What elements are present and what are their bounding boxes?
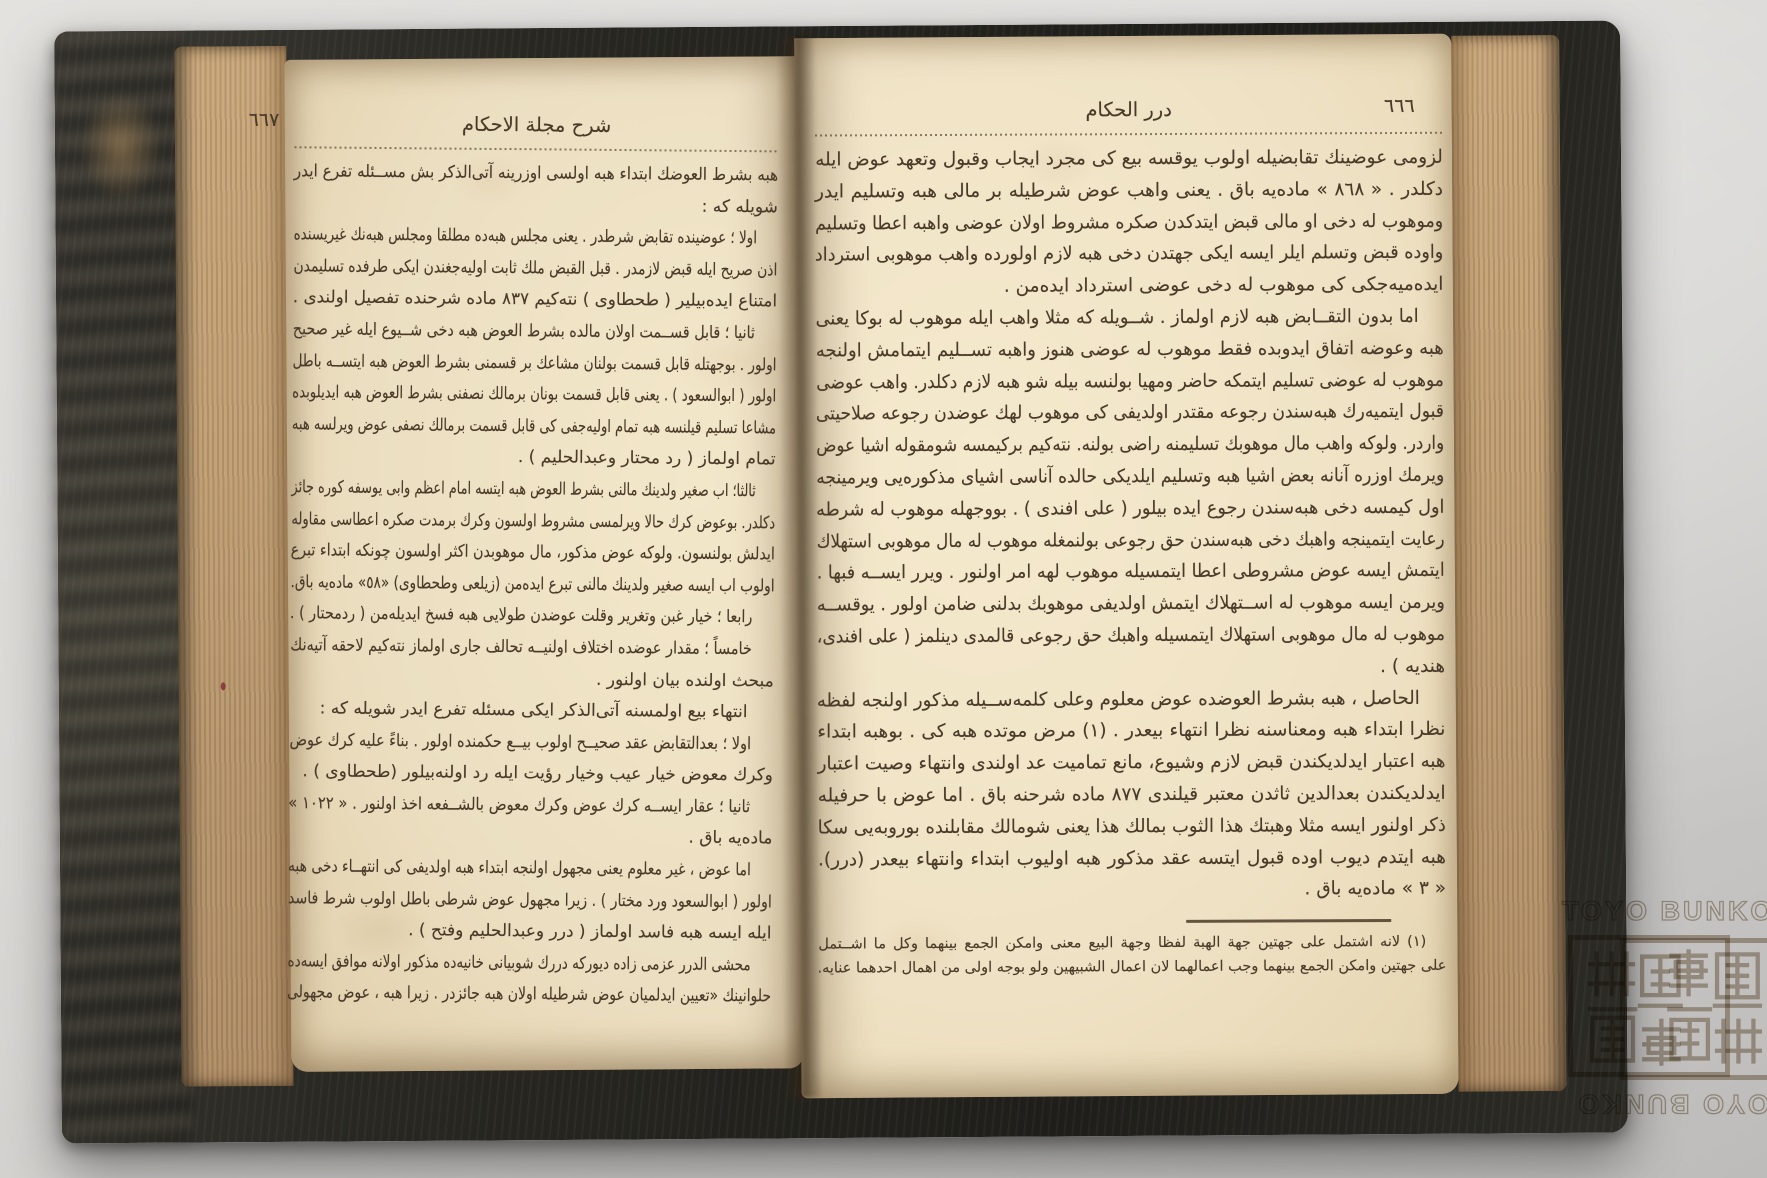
footnote-line: (١) لانه اشتمل على جهتين جهة الهبة لفظا …	[818, 931, 1446, 957]
left-page-body: هبه بشرط العوضك ابتداء هبه اولسى اوزرينه…	[287, 156, 778, 1013]
text-line: اولا ؛ بعدالتقابض عقد صحيــح اولوب بيــع…	[361, 725, 773, 760]
header-rule	[815, 132, 1443, 137]
text-line: هبه بشرط العوضك ابتداء هبه اولسى اوزرينه…	[343, 157, 779, 192]
text-line: واردر. ولوكه واهب مال موهوبك تسليمنه راض…	[877, 428, 1445, 462]
open-book: ٦٦٧ شرح مجلة الاحكام هبه بشرط العوضك ابت…	[54, 21, 1628, 1144]
text-line: ذكر اولنور ايسه مثلا وهبتك هذا الثوب بما…	[838, 810, 1446, 844]
text-line: ايتمش ايسه عوض مشروطى اعطا ايتمسيله موهو…	[847, 555, 1445, 589]
text-line: الحاصل ، هبه بشرط العوضده عوض معلوم وعلى…	[830, 682, 1445, 716]
right-running-title: درر الحكام	[815, 94, 1443, 127]
cover-corner-wear	[81, 91, 162, 202]
text-line: اما عوض ، غير معلوم يعنى مجهول اولنجه اب…	[377, 852, 772, 887]
text-line: ويرمك اوزره آنانه بعض اشيا هبه وتسليم اي…	[863, 460, 1445, 494]
text-line: اذن صريح ايله قبض لازمدر . قبل القبض ملك…	[384, 252, 778, 287]
text-line: دكلدر. بوعوض كرك حالا ويرلمسى مشروط اولس…	[403, 505, 775, 540]
text-line: هبه ايتدم ديوب اوده قبول ايتسه عقد مذكور…	[818, 841, 1446, 876]
left-running-title: شرح مجلة الاحكام	[294, 108, 778, 142]
text-line: مشاعا تسليم قيلنسه هبه تمام اوليه‌جفى كى…	[405, 410, 776, 445]
text-line: رابعا ؛ خيار غبن وتغرير وقلت عوضدن طولاي…	[365, 599, 774, 634]
text-line: ثالثا؛ اب صغير ولدينك مالنى بشرط العوض ه…	[410, 473, 776, 508]
text-line: دكلدر . « ٨٦٨ » ماده‌يه باق . يعنى واهب …	[815, 174, 1443, 209]
text-line: اولور ( ابوالسعود ) . يعنى قابل قسمت بون…	[396, 378, 776, 413]
text-line: حلوانينك «تعيين ايدلميان عوض شرطيله اولا…	[373, 978, 771, 1013]
header-rule	[294, 146, 778, 152]
left-running-head: ٦٦٧ شرح مجلة الاحكام	[294, 108, 778, 146]
page-edges-right	[1451, 35, 1566, 1092]
text-line: هبه وعوضه اتفاق ايدوبده فقط موهوب له عوض…	[833, 333, 1444, 367]
right-page-text: ٦٦٦ درر الحكام لزومى عوضينك تقابضيله اول…	[815, 94, 1447, 981]
left-page-number: ٦٦٧	[249, 109, 280, 131]
text-line: شويله كه :	[294, 188, 778, 224]
text-line: ايده‌ميه‌جكى كى موهوب له دخى عوضى استردا…	[815, 269, 1443, 304]
text-line: وموهوب له دخى او مالى قبض ايتدكدن صكره م…	[852, 205, 1443, 239]
left-page-text: ٦٦٧ شرح مجلة الاحكام هبه بشرط العوضك ابت…	[287, 108, 779, 1013]
text-line: اولا ؛ عوضينده تقابض شرطدر . يعنى مجلس ه…	[393, 220, 777, 255]
text-line: مبحث اولنده بيان اولنور .	[290, 662, 774, 698]
toyo-bunko-seal-icon	[1620, 938, 1767, 1080]
text-line: ويرمن ايسه موهوب له اســتهلاك ايتمش اولد…	[847, 587, 1445, 621]
text-line: تمام اولماز ( رد محتار وعبدالحليم ) .	[292, 441, 776, 477]
text-line: محشى الدرر عزمى زاده ديوركه دررك شوبيانى…	[387, 947, 771, 982]
text-line: « ٣ » ماده‌يه باق .	[818, 873, 1446, 908]
text-line: ثانيا ؛ عقار ايســه كرك عوض وكرك معوض با…	[353, 789, 773, 824]
footnote-line: على جهتين وامكن الجمع بينهما وجب اعمالهم…	[818, 954, 1446, 980]
right-page-number: ٦٦٦	[1384, 95, 1415, 117]
right-running-head: ٦٦٦ درر الحكام	[815, 94, 1443, 131]
text-line: واوده قبض وتسلم ايلر ايسه ايكى جهتدن دخى…	[844, 237, 1444, 271]
text-line: امتناع ايده‌بيلير ( طحطاوى ) نته‌كيم ٨٣٧…	[299, 283, 777, 319]
right-page-body: لزومى عوضينك تقابضيله اولوب يوقسه بيع كى…	[815, 142, 1446, 908]
text-line: موهوب له مال موهوبى استهلاك ايتمسيله واه…	[866, 619, 1445, 653]
text-line: موهوب له عوضى تسليم ايتمكه حاضر ومهيا بو…	[866, 364, 1444, 398]
text-line: رعايت ايتمينجه واهبك دخى هبه‌سندن حق رجو…	[877, 523, 1445, 557]
text-line: ايدلش بولنسون. ولوكه عوض مذكور، مال موهو…	[368, 536, 775, 571]
page-edges-left	[174, 46, 293, 1087]
fore-edge-speck	[221, 682, 226, 690]
text-line: ايله ايسه هبه فاسد اولماز ( درر وعبدالحل…	[287, 914, 771, 950]
text-line: اولوب اب ايسه صغير ولدينك مالنى تبرع ايد…	[386, 568, 775, 603]
footnote-separator	[1186, 919, 1391, 923]
text-line: قبول ايتميه‌رك هبه‌سندن رجوعه مقتدر اولد…	[861, 396, 1444, 430]
text-line: لزومى عوضينك تقابضيله اولوب يوقسه بيع كى…	[818, 142, 1443, 177]
text-line: انتهاء بيع اولمسنه آتى‌الذكر ايكى مسئله …	[289, 693, 773, 729]
text-line: اولور ( ابوالسعود ورد مختار ) . زيرا مجه…	[369, 884, 772, 919]
right-page-footnotes: (١) لانه اشتمل على جهتين جهة الهبة لفظا …	[818, 931, 1446, 981]
text-line: هنديه ) .	[817, 651, 1445, 686]
text-line: ماده‌يه باق .	[288, 820, 772, 856]
text-line: اول كيمسه دخى هبه‌سندن رجوع ايده بيلور (…	[843, 492, 1444, 526]
text-line: اما بدون التقــابض هبه لازم اولماز . شــ…	[842, 301, 1443, 335]
book-photo: ٦٦٧ شرح مجلة الاحكام هبه بشرط العوضك ابت…	[0, 0, 1767, 1178]
text-line: خامساً ؛ مقدار عوضده اختلاف اولنيــه تحا…	[362, 631, 774, 666]
text-line: اولور . بوجهتله قابل قسمت بولنان مشاعك ب…	[390, 347, 777, 382]
text-line: وكرك معوض خيار عيب وخيار رؤيت ايله رد او…	[289, 756, 773, 792]
text-line: هبه اعتبار ايدلديكندن قبض لازم وشيوع، ما…	[825, 746, 1445, 781]
text-line: ثانيا ؛ قابل قســمت اولان مالده بشرط الع…	[369, 315, 777, 350]
text-line: ايدلديكندن بعدالدين ثاثدن معتبر قيلندى ٨…	[818, 778, 1446, 813]
text-line: نظرا ابتداء هبه ومعناسنه نظرا انتهاء بيع…	[817, 714, 1445, 749]
